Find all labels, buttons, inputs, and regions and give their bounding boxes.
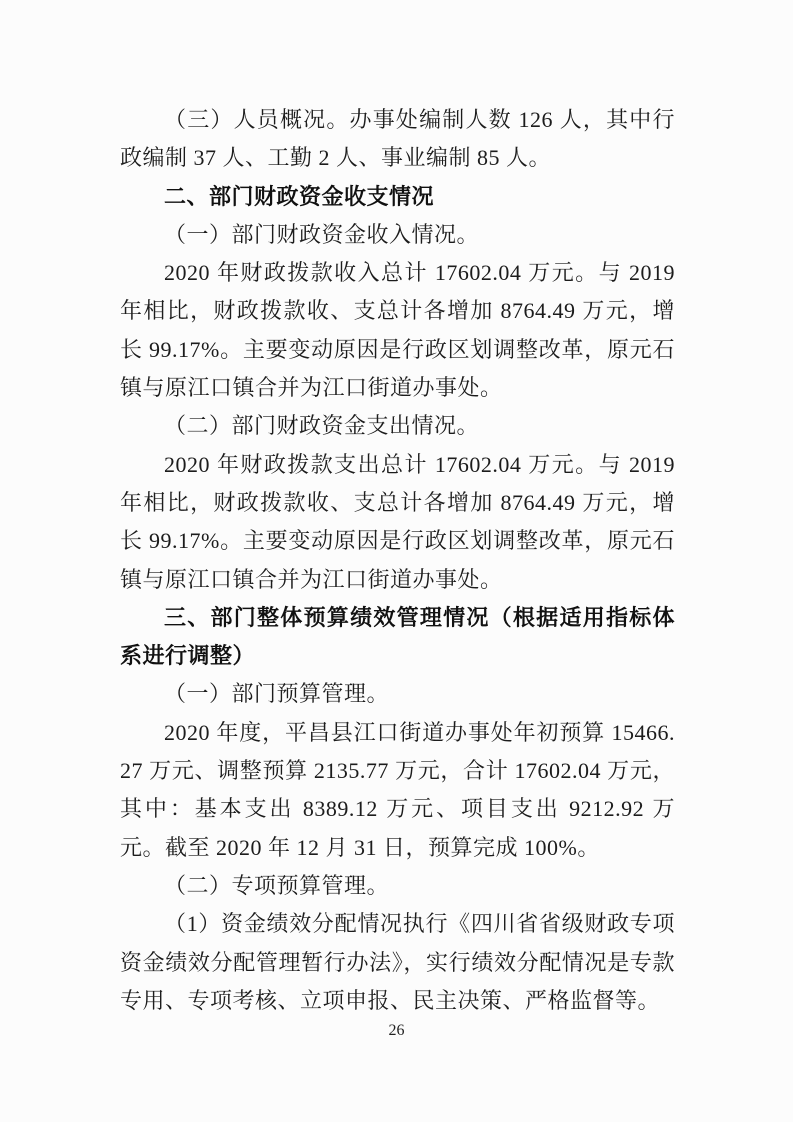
document-body: （三）人员概况。办事处编制人数 126 人，其中行政编制 37 人、工勤 2 人… xyxy=(120,101,675,1020)
paragraph: （一）部门财政资金收入情况。 xyxy=(120,216,675,254)
paragraph: （一）部门预算管理。 xyxy=(120,675,675,713)
page-number: 26 xyxy=(389,1022,405,1039)
section-heading: 三、部门整体预算绩效管理情况（根据适用指标体系进行调整） xyxy=(120,599,675,676)
paragraph: （1）资金绩效分配情况执行《四川省省级财政专项资金绩效分配管理暂行办法》，实行绩… xyxy=(120,905,675,1020)
document-page: （三）人员概况。办事处编制人数 126 人，其中行政编制 37 人、工勤 2 人… xyxy=(0,0,793,1122)
paragraph: 2020 年财政拨款收入总计 17602.04 万元。与 2019 年相比，财政… xyxy=(120,254,675,407)
page-footer: 26 xyxy=(0,1022,793,1040)
paragraph: （三）人员概况。办事处编制人数 126 人，其中行政编制 37 人、工勤 2 人… xyxy=(120,101,675,178)
paragraph: （二）专项预算管理。 xyxy=(120,867,675,905)
section-heading: 二、部门财政资金收支情况 xyxy=(120,178,675,216)
paragraph: 2020 年财政拨款支出总计 17602.04 万元。与 2019 年相比，财政… xyxy=(120,446,675,599)
paragraph: （二）部门财政资金支出情况。 xyxy=(120,407,675,445)
paragraph: 2020 年度，平昌县江口街道办事处年初预算 15466.27 万元、调整预算 … xyxy=(120,714,675,867)
